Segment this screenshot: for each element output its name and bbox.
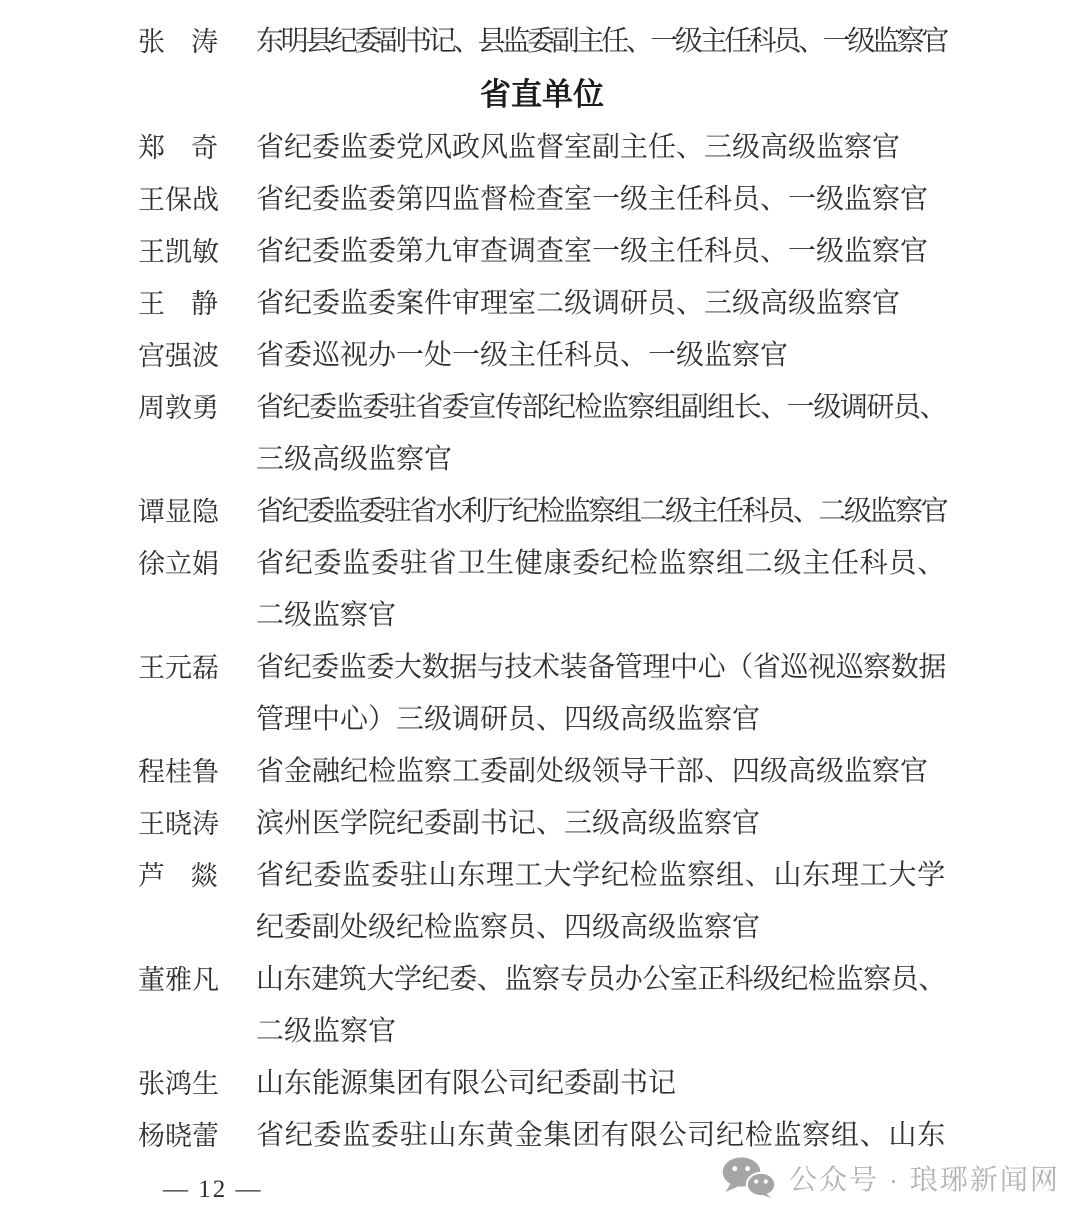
entry-name: 宫强波 — [138, 330, 218, 382]
name-char: 晓 — [165, 1110, 192, 1162]
name-char: 燚 — [191, 850, 218, 902]
wechat-icon — [722, 1157, 776, 1198]
name-char: 杨 — [138, 1110, 165, 1162]
entry-name: 徐立娟 — [138, 538, 218, 590]
entry-description: 省纪委监委驻山东黄金集团有限公司纪检监察组、山东 — [256, 1110, 946, 1162]
description-line: 省纪委监委驻山东黄金集团有限公司纪检监察组、山东 — [256, 1110, 946, 1162]
name-char: 敏 — [192, 226, 219, 278]
name-char: 王 — [138, 798, 165, 850]
entry-name: 郑奇 — [138, 122, 218, 174]
entry-description: 省纪委监委驻省水利厅纪检监察组二级主任科员、二级监察官 — [256, 486, 946, 538]
entry-row: 王静省纪委监委案件审理室二级调研员、三级高级监察官 — [138, 278, 946, 330]
entry-row: 王保战省纪委监委第四监督检查室一级主任科员、一级监察官 — [138, 174, 946, 226]
description-line: 二级监察官 — [256, 1006, 946, 1058]
name-char: 显 — [165, 486, 192, 538]
entry-row: 谭显隐省纪委监委驻省水利厅纪检监察组二级主任科员、二级监察官 — [138, 486, 946, 538]
name-char: 晓 — [165, 798, 192, 850]
entry-description: 省纪委监委驻省委宣传部纪检监察组副组长、一级调研员、三级高级监察官 — [256, 382, 946, 486]
description-line: 山东建筑大学纪委、监察专员办公室正科级纪检监察员、 — [256, 954, 946, 1006]
name-char: 徐 — [138, 538, 165, 590]
name-char: 蕾 — [192, 1110, 219, 1162]
name-char: 隐 — [192, 486, 219, 538]
entry-name: 谭显隐 — [138, 486, 218, 538]
entry-row: 郑奇省纪委监委党风政风监督室副主任、三级高级监察官 — [138, 122, 946, 174]
name-char: 王 — [138, 642, 165, 694]
entry-name: 董雅凡 — [138, 954, 218, 1006]
entry-description: 滨州医学院纪委副书记、三级高级监察官 — [256, 798, 946, 850]
entry-description: 省纪委监委驻山东理工大学纪检监察组、山东理工大学纪委副处级纪检监察员、四级高级监… — [256, 850, 946, 954]
name-char: 敦 — [165, 382, 192, 434]
entry-row: 徐立娟省纪委监委驻省卫生健康委纪检监察组二级主任科员、二级监察官 — [138, 538, 946, 642]
entry-row: 芦燚省纪委监委驻山东理工大学纪检监察组、山东理工大学纪委副处级纪检监察员、四级高… — [138, 850, 946, 954]
description-line: 山东能源集团有限公司纪委副书记 — [256, 1058, 946, 1110]
name-char: 生 — [192, 1058, 219, 1110]
entry-row: 程桂鲁省金融纪检监察工委副处级领导干部、四级高级监察官 — [138, 746, 946, 798]
description-line: 省纪委监委驻省水利厅纪检监察组二级主任科员、二级监察官 — [256, 486, 946, 538]
entry-name: 张涛 — [138, 16, 218, 68]
entry-row: 张鸿生山东能源集团有限公司纪委副书记 — [138, 1058, 946, 1110]
name-char: 立 — [165, 538, 192, 590]
entry-name: 周敦勇 — [138, 382, 218, 434]
name-char: 凡 — [192, 954, 219, 1006]
description-line: 二级监察官 — [256, 590, 946, 642]
entry-description: 省纪委监委党风政风监督室副主任、三级高级监察官 — [256, 122, 946, 174]
description-line: 省纪委监委第九审查调查室一级主任科员、一级监察官 — [256, 226, 946, 278]
name-char: 程 — [138, 746, 165, 798]
description-line: 省纪委监委第四监督检查室一级主任科员、一级监察官 — [256, 174, 946, 226]
entry-name: 王保战 — [138, 174, 218, 226]
entry-description: 省纪委监委大数据与技术装备管理中心（省巡视巡察数据管理中心）三级调研员、四级高级… — [256, 642, 946, 746]
entry-description: 省纪委监委第四监督检查室一级主任科员、一级监察官 — [256, 174, 946, 226]
name-char: 王 — [138, 226, 165, 278]
name-char: 勇 — [192, 382, 219, 434]
entry-name: 杨晓蕾 — [138, 1110, 218, 1162]
name-char: 鲁 — [192, 746, 219, 798]
name-char: 战 — [192, 174, 219, 226]
description-line: 三级高级监察官 — [256, 434, 946, 486]
description-line: 纪委副处级纪检监察员、四级高级监察官 — [256, 902, 946, 954]
description-line: 省金融纪检监察工委副处级领导干部、四级高级监察官 — [256, 746, 946, 798]
name-char: 元 — [165, 642, 192, 694]
name-char: 宫 — [138, 330, 165, 382]
name-char: 桂 — [165, 746, 192, 798]
name-char: 王 — [138, 174, 165, 226]
description-line: 管理中心）三级调研员、四级高级监察官 — [256, 694, 946, 746]
name-char: 波 — [192, 330, 219, 382]
entry-description: 山东能源集团有限公司纪委副书记 — [256, 1058, 946, 1110]
description-line: 省纪委监委驻省卫生健康委纪检监察组二级主任科员、 — [256, 538, 946, 590]
description-line: 省委巡视办一处一级主任科员、一级监察官 — [256, 330, 946, 382]
entry-name: 王元磊 — [138, 642, 218, 694]
name-char: 娟 — [192, 538, 219, 590]
name-char: 鸿 — [165, 1058, 192, 1110]
document-body: 张涛东明县纪委副书记、县监委副主任、一级主任科员、一级监察官省直单位郑奇省纪委监… — [138, 16, 946, 1162]
entry-name: 王凯敏 — [138, 226, 218, 278]
entry-description: 省纪委监委驻省卫生健康委纪检监察组二级主任科员、二级监察官 — [256, 538, 946, 642]
entry-row: 张涛东明县纪委副书记、县监委副主任、一级主任科员、一级监察官 — [138, 16, 946, 68]
entry-row: 王晓涛滨州医学院纪委副书记、三级高级监察官 — [138, 798, 946, 850]
name-char: 郑 — [138, 122, 165, 174]
entry-name: 芦燚 — [138, 850, 218, 902]
name-char: 张 — [138, 16, 165, 68]
page-number: — 12 — — [163, 1164, 263, 1216]
name-char: 张 — [138, 1058, 165, 1110]
name-char: 强 — [165, 330, 192, 382]
entry-row: 董雅凡山东建筑大学纪委、监察专员办公室正科级纪检监察员、二级监察官 — [138, 954, 946, 1058]
entry-description: 省金融纪检监察工委副处级领导干部、四级高级监察官 — [256, 746, 946, 798]
name-char: 涛 — [192, 798, 219, 850]
entry-row: 周敦勇省纪委监委驻省委宣传部纪检监察组副组长、一级调研员、三级高级监察官 — [138, 382, 946, 486]
entry-name: 王晓涛 — [138, 798, 218, 850]
description-line: 省纪委监委案件审理室二级调研员、三级高级监察官 — [256, 278, 946, 330]
entry-row: 王凯敏省纪委监委第九审查调查室一级主任科员、一级监察官 — [138, 226, 946, 278]
entry-description: 省纪委监委第九审查调查室一级主任科员、一级监察官 — [256, 226, 946, 278]
name-char: 王 — [138, 278, 165, 330]
name-char: 周 — [138, 382, 165, 434]
watermark-text: 公众号 · 琅琊新闻网 — [789, 1158, 1060, 1198]
entry-name: 程桂鲁 — [138, 746, 218, 798]
entry-row: 王元磊省纪委监委大数据与技术装备管理中心（省巡视巡察数据管理中心）三级调研员、四… — [138, 642, 946, 746]
description-line: 省纪委监委大数据与技术装备管理中心（省巡视巡察数据 — [256, 642, 946, 694]
description-line: 省纪委监委驻省委宣传部纪检监察组副组长、一级调研员、 — [256, 382, 946, 434]
name-char: 静 — [191, 278, 218, 330]
document-page: 张涛东明县纪委副书记、县监委副主任、一级主任科员、一级监察官省直单位郑奇省纪委监… — [0, 0, 1080, 1218]
description-line: 东明县纪委副书记、县监委副主任、一级主任科员、一级监察官 — [256, 16, 946, 68]
entry-description: 省委巡视办一处一级主任科员、一级监察官 — [256, 330, 946, 382]
section-header: 省直单位 — [138, 68, 946, 122]
name-char: 雅 — [165, 954, 192, 1006]
name-char: 凯 — [165, 226, 192, 278]
name-char: 董 — [138, 954, 165, 1006]
entry-row: 宫强波省委巡视办一处一级主任科员、一级监察官 — [138, 330, 946, 382]
entry-name: 王静 — [138, 278, 218, 330]
description-line: 省纪委监委驻山东理工大学纪检监察组、山东理工大学 — [256, 850, 946, 902]
entry-row: 杨晓蕾省纪委监委驻山东黄金集团有限公司纪检监察组、山东 — [138, 1110, 946, 1162]
entry-description: 省纪委监委案件审理室二级调研员、三级高级监察官 — [256, 278, 946, 330]
name-char: 谭 — [138, 486, 165, 538]
name-char: 磊 — [192, 642, 219, 694]
entry-description: 东明县纪委副书记、县监委副主任、一级主任科员、一级监察官 — [256, 16, 946, 68]
name-char: 芦 — [138, 850, 165, 902]
name-char: 保 — [165, 174, 192, 226]
description-line: 滨州医学院纪委副书记、三级高级监察官 — [256, 798, 946, 850]
name-char: 奇 — [191, 122, 218, 174]
entry-description: 山东建筑大学纪委、监察专员办公室正科级纪检监察员、二级监察官 — [256, 954, 946, 1058]
entry-name: 张鸿生 — [138, 1058, 218, 1110]
name-char: 涛 — [191, 16, 218, 68]
wechat-watermark: 公众号 · 琅琊新闻网 — [722, 1157, 1060, 1198]
description-line: 省纪委监委党风政风监督室副主任、三级高级监察官 — [256, 122, 946, 174]
